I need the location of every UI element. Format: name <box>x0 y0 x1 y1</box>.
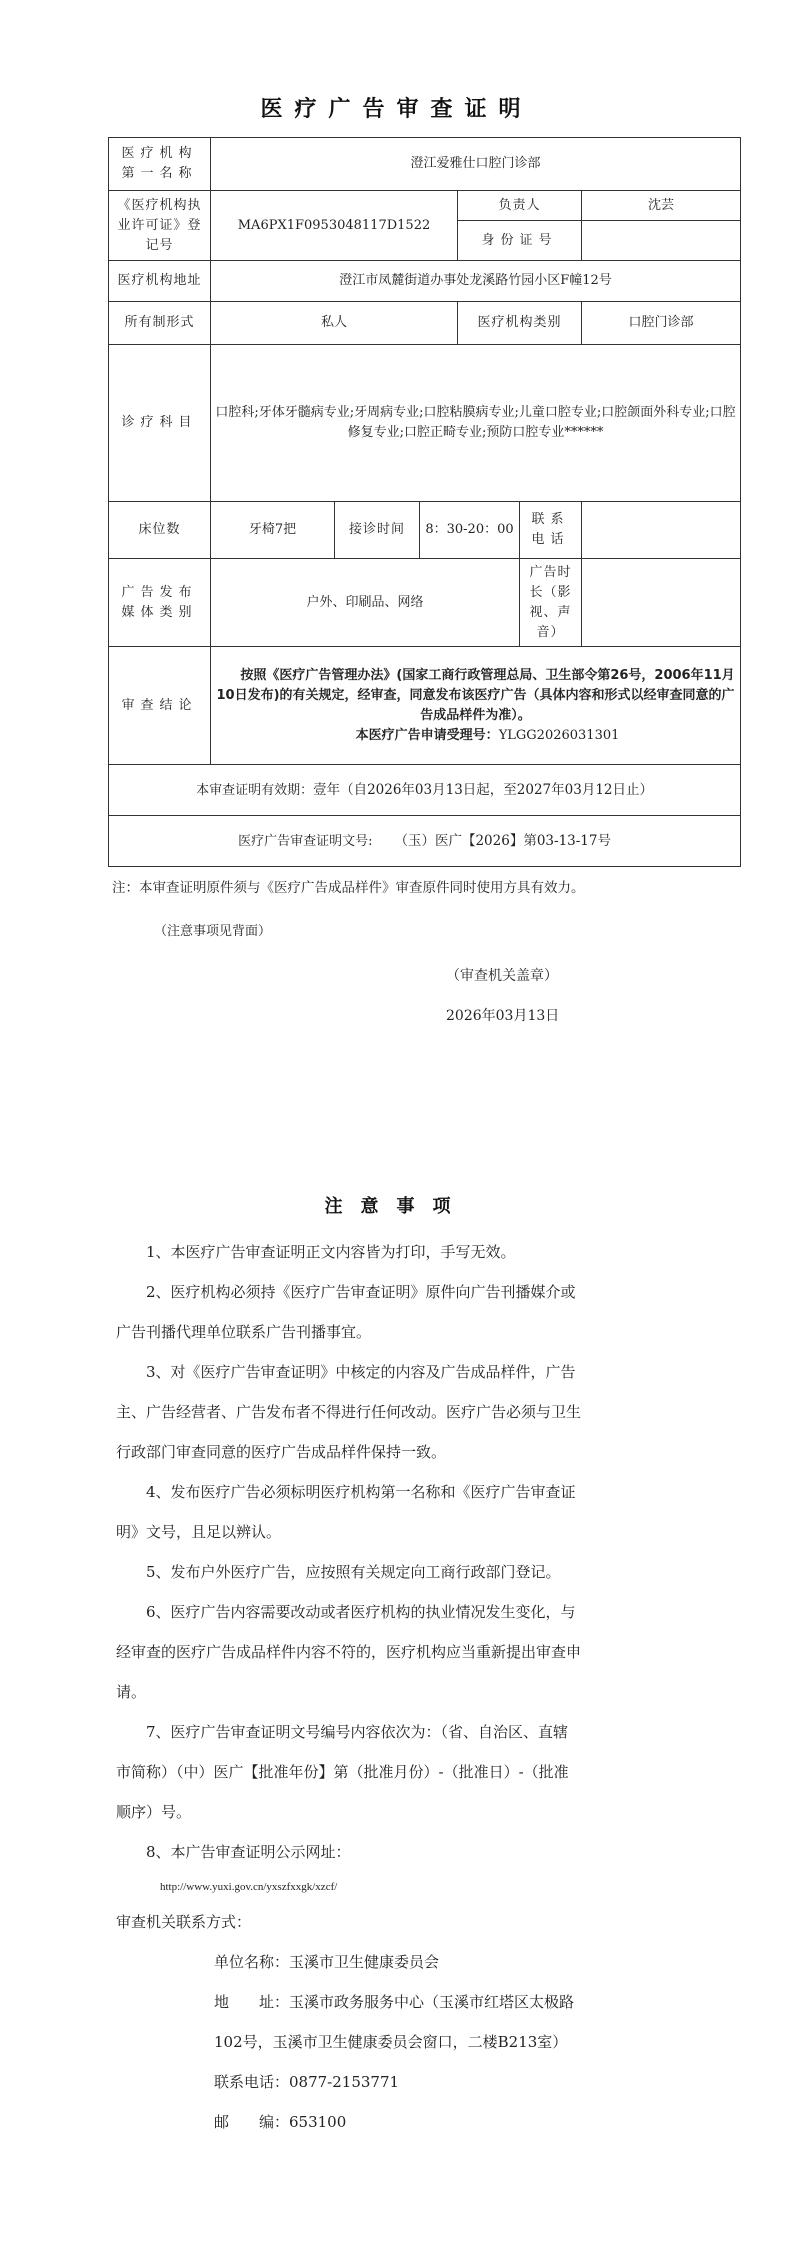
notice-title: 注意事项 <box>0 1192 793 1218</box>
validity-label: 本审查证明有效期： <box>196 783 313 798</box>
hours-label: 接诊时间 <box>335 502 420 559</box>
phone <box>582 502 741 559</box>
scope-label: 诊疗科目 <box>109 345 211 502</box>
duration-label: 广告时长（影视、声音） <box>520 559 582 647</box>
see-back-note: （注意事项见背面） <box>154 920 271 939</box>
duration <box>582 559 741 647</box>
public-url-link[interactable]: http://www.yuxi.gov.cn/yxszfxxgk/xzcf/ <box>116 1872 582 1902</box>
doc-number-label: 医疗广告审查证明文号: <box>238 834 372 849</box>
validity-period: 壹年（自2026年03月13日起，至2027年03月12日止） <box>313 782 653 798</box>
notice-item: 4、发布医疗广告必须标明医疗机构第一名称和《医疗广告审查证明》文号，且足以辨认。 <box>116 1472 582 1552</box>
review-conclusion: 按照《医疗广告管理办法》(国家工商行政管理总局、卫生部令第26号，2006年11… <box>211 647 741 765</box>
acceptance-label: 本医疗广告申请受理号： <box>356 728 499 743</box>
phone-label: 联系电话 <box>520 502 582 559</box>
acceptance-number: YLGG2026031301 <box>499 728 620 743</box>
review-text: 按照《医疗广告管理办法》(国家工商行政管理总局、卫生部令第26号，2006年11… <box>215 666 736 726</box>
doc-number: （玉）医广【2026】第03-13-17号 <box>372 833 611 849</box>
ownership: 私人 <box>211 302 458 345</box>
validity-note: 注：本审查证明原件须与《医疗广告成品样件》审查原件同时使用方具有效力。 <box>112 876 585 896</box>
notice-item: 1、本医疗广告审查证明正文内容皆为打印，手写无效。 <box>116 1232 582 1272</box>
category-label: 医疗机构类别 <box>458 302 582 345</box>
media-label: 广告发布媒体类别 <box>109 559 211 647</box>
certificate-table: 医疗机构第一名称 澄江爱雅仕口腔门诊部 《医疗机构执业许可证》登记号 MA6PX… <box>108 137 741 867</box>
beds-label: 床位数 <box>109 502 211 559</box>
notice-item: 3、对《医疗广告审查证明》中核定的内容及广告成品样件，广告主、广告经营者、广告发… <box>116 1352 582 1472</box>
id-number-label: 身份证号 <box>458 221 582 261</box>
notice-item: 8、本广告审查证明公示网址： <box>116 1832 582 1872</box>
hours: 8：30-20：00 <box>420 502 520 559</box>
review-label: 审查结论 <box>109 647 211 765</box>
address-label: 医疗机构地址 <box>109 261 211 302</box>
notice-item: 5、发布户外医疗广告，应按照有关规定向工商行政部门登记。 <box>116 1552 582 1592</box>
acceptance-number-row: 本医疗广告申请受理号：YLGG2026031301 <box>215 726 736 746</box>
institution-category: 口腔门诊部 <box>582 302 741 345</box>
license-label: 《医疗机构执业许可证》登记号 <box>109 191 211 261</box>
ownership-label: 所有制形式 <box>109 302 211 345</box>
contact-unit: 单位名称：玉溪市卫生健康委员会 <box>116 1942 582 1982</box>
notice-list: 1、本医疗广告审查证明正文内容皆为打印，手写无效。 2、医疗机构必须持《医疗广告… <box>116 1232 582 2142</box>
notice-item: 2、医疗机构必须持《医疗广告审查证明》原件向广告刊播媒介或广告刊播代理单位联系广… <box>116 1272 582 1352</box>
contact-address-text: 地 址：玉溪市政务服务中心（玉溪市红塔区太极路102号，玉溪市卫生健康委员会窗口… <box>214 1993 574 2051</box>
person-in-charge-label: 负责人 <box>458 191 582 221</box>
validity-row: 本审查证明有效期：壹年（自2026年03月13日起，至2027年03月12日止） <box>109 765 741 816</box>
document-title: 医疗广告审查证明 <box>0 92 793 123</box>
contact-phone: 联系电话：0877-2153771 <box>116 2062 582 2102</box>
media-types: 户外、印刷品、网络 <box>211 559 520 647</box>
institution-address: 澄江市凤麓街道办事处龙溪路竹园小区F幢12号 <box>211 261 741 302</box>
id-number <box>582 221 741 261</box>
institution-name: 澄江爱雅仕口腔门诊部 <box>211 138 741 191</box>
notice-item: 6、医疗广告内容需要改动或者医疗机构的执业情况发生变化，与经审查的医疗广告成品样… <box>116 1592 582 1712</box>
person-in-charge: 沈芸 <box>582 191 741 221</box>
notice-item: 7、医疗广告审查证明文号编号内容依次为：（省、自治区、直辖市简称）（中）医广【批… <box>116 1712 582 1832</box>
seal-text: （审查机关盖章） <box>446 965 558 985</box>
doc-number-row: 医疗广告审查证明文号:（玉）医广【2026】第03-13-17号 <box>109 816 741 867</box>
contact-postcode: 邮 编：653100 <box>116 2102 582 2142</box>
license-number: MA6PX1F0953048117D1522 <box>211 191 458 261</box>
institution-name-label: 医疗机构第一名称 <box>109 138 211 191</box>
beds: 牙椅7把 <box>211 502 335 559</box>
contact-heading: 审查机关联系方式： <box>116 1902 582 1942</box>
treatment-scope: 口腔科;牙体牙髓病专业;牙周病专业;口腔粘膜病专业;儿童口腔专业;口腔颌面外科专… <box>211 345 741 502</box>
issue-date: 2026年03月13日 <box>446 1005 559 1025</box>
contact-address: 地 址：玉溪市政务服务中心（玉溪市红塔区太极路102号，玉溪市卫生健康委员会窗口… <box>116 1982 582 2062</box>
